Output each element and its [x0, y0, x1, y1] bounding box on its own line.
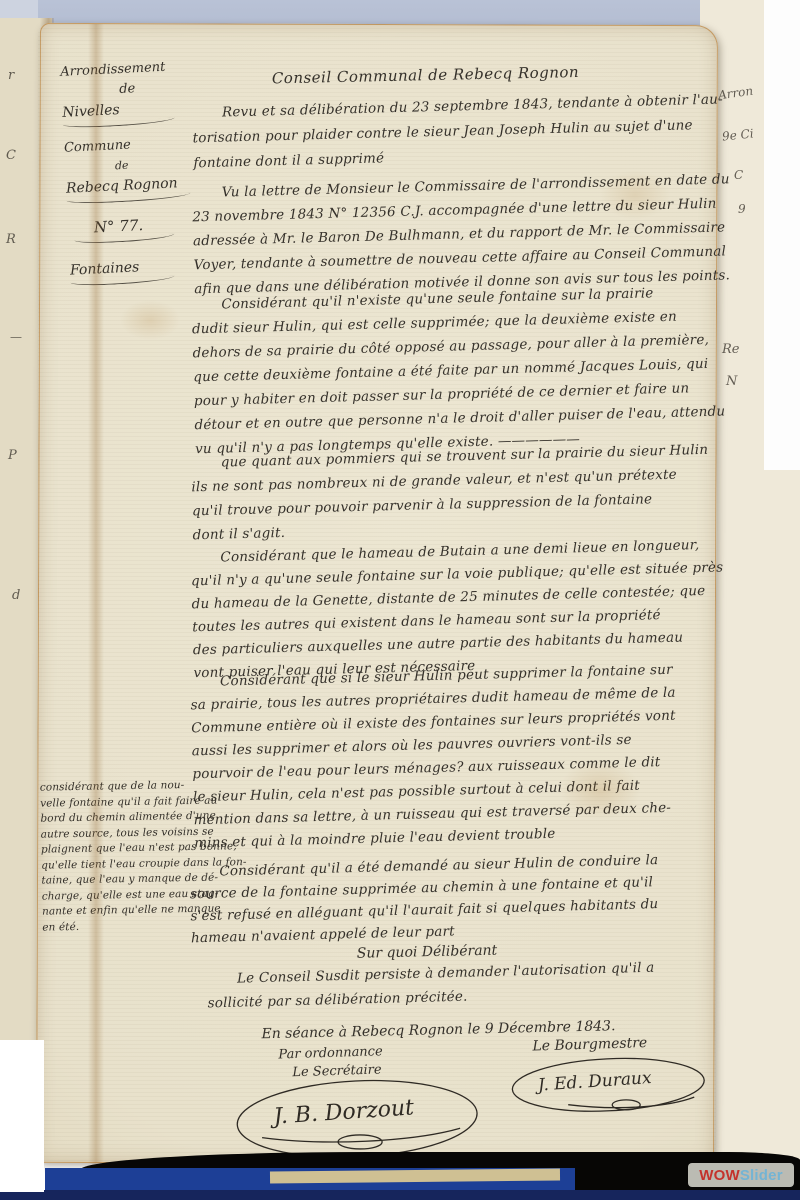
side-note-line: en été. — [42, 917, 212, 935]
photo-bottom-strip — [0, 1190, 800, 1200]
paragraph-7: Considérant qu'il a été demandé au sieur… — [189, 847, 731, 949]
right-page-fragment: C — [734, 168, 743, 182]
left-page-fragment: C — [6, 148, 16, 163]
photo-background-left — [0, 1040, 44, 1192]
paragraph-6: Considérant que si le sieur Hulin peut s… — [190, 657, 735, 855]
right-page-fragment: 9 — [738, 202, 746, 216]
wowslider-watermark[interactable]: WOWSlider — [688, 1163, 794, 1187]
photo-background-right — [764, 0, 800, 470]
watermark-slider-text: Slider — [740, 1167, 783, 1184]
margin-header: Arrondissement de Nivelles Commune de Re… — [60, 57, 195, 287]
margin-side-note: considérant que de la nou-velle fontaine… — [40, 778, 213, 936]
paragraph-1: Revu et sa délibération du 23 septembre … — [192, 87, 734, 176]
signature-left-line1: Par ordonnance — [278, 1044, 383, 1062]
resolution-heading: Sur quoi Délibérant — [357, 943, 498, 962]
watermark-wow-text: WOW — [699, 1167, 740, 1184]
document-title: Conseil Communal de Rebecq Rognon — [272, 63, 580, 87]
secretary-signature: J. B. Dorzout — [232, 1075, 482, 1162]
bourgmestre-signature: J. Ed. Duraux — [508, 1054, 708, 1119]
left-page-fragment: P — [8, 448, 17, 463]
secretary-signature-name: J. B. Dorzout — [269, 1095, 415, 1130]
left-page-fragment: R — [6, 232, 16, 247]
case-number: N° 77. — [93, 213, 192, 238]
paragraph-3: Considérant qu'il n'existe qu'une seule … — [191, 279, 735, 461]
left-page-fragment: r — [8, 68, 14, 83]
paragraph-8: Le Conseil Susdit persiste à demander l'… — [207, 954, 728, 1016]
signature-right-title: Le Bourgmestre — [532, 1035, 647, 1055]
paragraph-4: que quant aux pommiers qui se trouvent s… — [190, 437, 732, 547]
side-note-line: nante et enfin qu'elle ne manque — [42, 902, 212, 920]
foxing-stain — [560, 760, 640, 820]
bourgmestre-signature-name: J. Ed. Duraux — [534, 1068, 652, 1096]
foxing-stain — [120, 300, 180, 340]
left-page-fragment: d — [12, 588, 20, 603]
foxing-stain — [600, 170, 670, 220]
left-page-fragment: — — [10, 330, 22, 344]
page-crease — [88, 24, 104, 1164]
